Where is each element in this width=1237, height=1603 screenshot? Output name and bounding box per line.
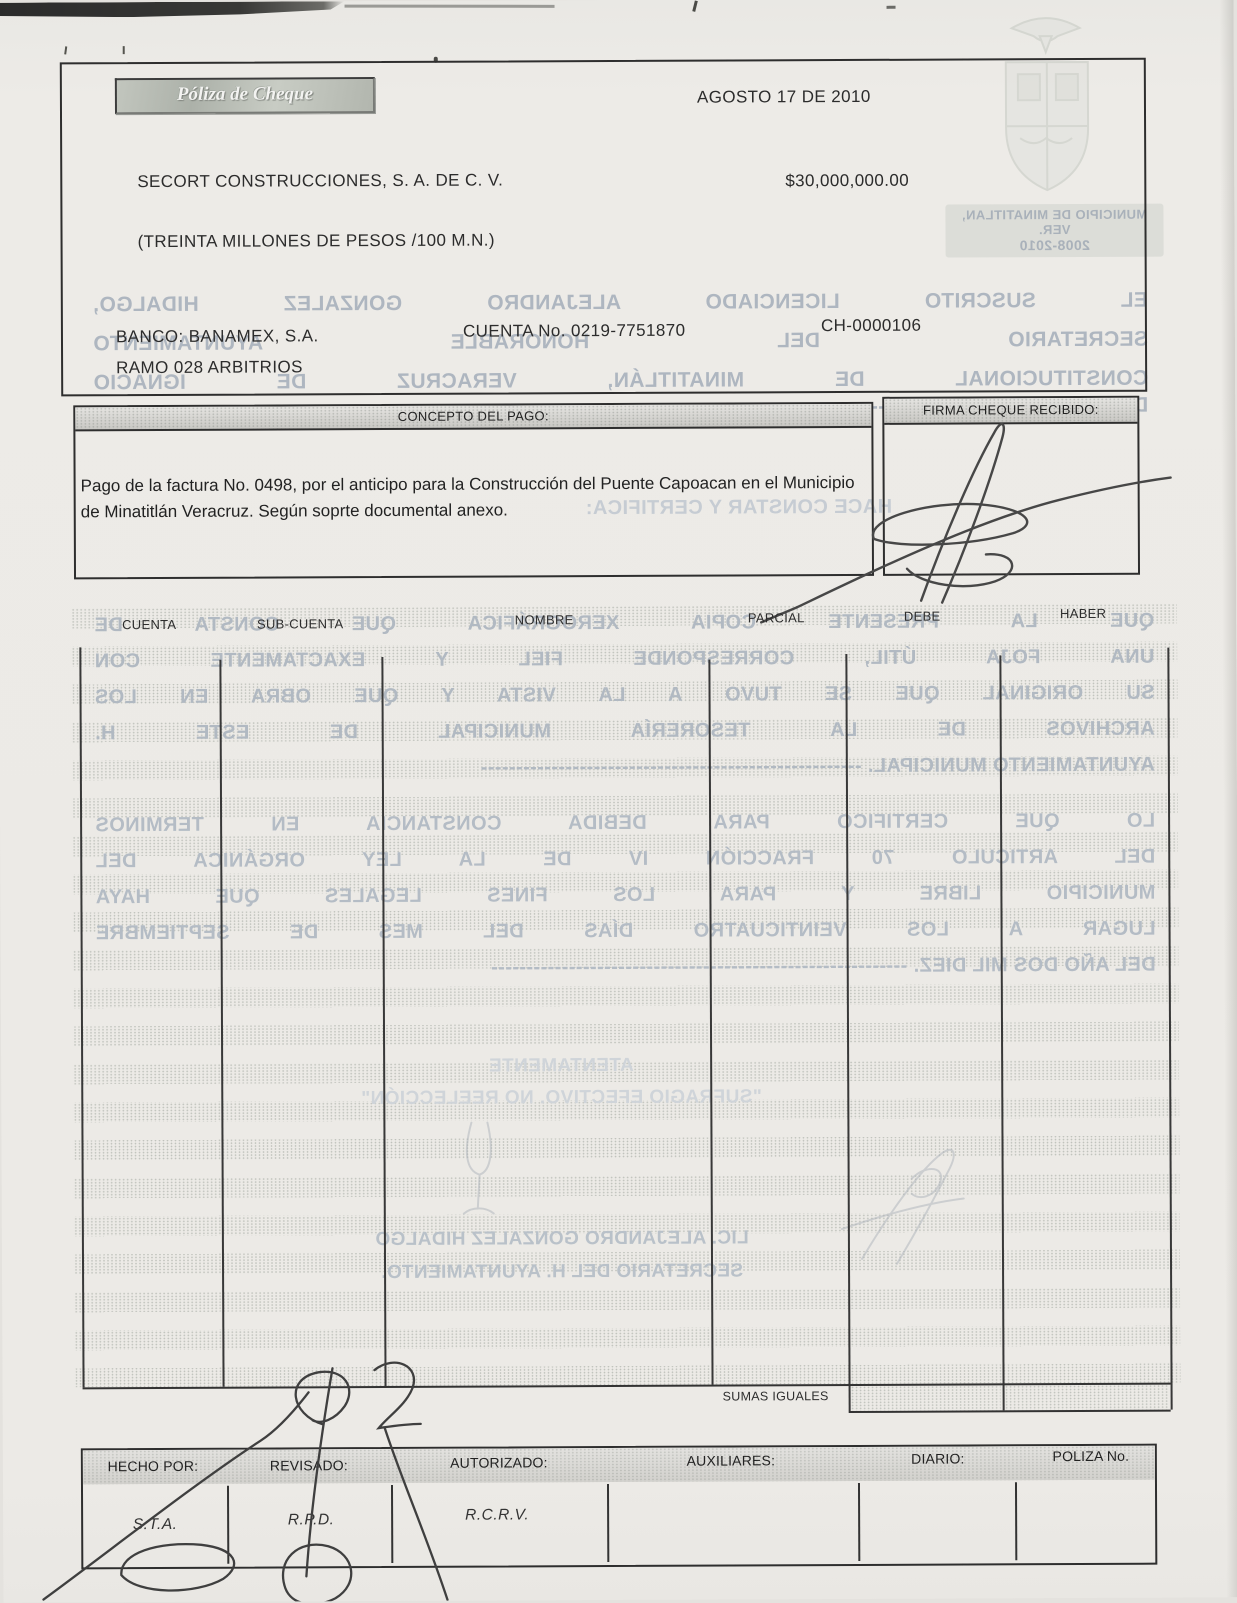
footer-signature-ink bbox=[22, 1335, 513, 1602]
bank-name: BANCO: BANAMEX, S.A. bbox=[116, 326, 319, 347]
bleedthrough-line: "SUFRAGIO EFECTIVO. NO REELECCIÓN" bbox=[111, 1085, 1011, 1111]
sums-row-bottom-line bbox=[849, 1410, 1171, 1414]
bleedthrough-line: ATENTAMENTE bbox=[111, 1053, 1011, 1079]
form-title-badge: Póliza de Cheque bbox=[115, 77, 375, 114]
concepto-box: CONCEPTO DEL PAGO: Pago de la factura No… bbox=[73, 402, 874, 579]
bleedthrough-line: ARCHIVOS DE LA TESORERÍA MUNICIPAL DE ES… bbox=[95, 718, 1155, 746]
bleedthrough-line: LUGAR A LOS VEINTICUATRO DÍAS DEL MES DE… bbox=[96, 918, 1156, 946]
bleedthrough-line: LO QUE CERTIFICO PARA DEBIDA CONSTANCIA … bbox=[95, 810, 1155, 838]
check-number: CH-0000106 bbox=[821, 316, 921, 336]
bleedthrough-line: AYUNTAMIENTO MUNICIPAL. ----------------… bbox=[95, 754, 1155, 782]
table-column-header-haber: HABER bbox=[1003, 606, 1163, 622]
footer-separator bbox=[1015, 1482, 1017, 1560]
scan-artifact bbox=[123, 46, 125, 54]
scan-artifact bbox=[0, 1, 345, 18]
footer-label-auxiliares: AUXILIARES: bbox=[651, 1452, 811, 1469]
footer-separator bbox=[607, 1484, 609, 1562]
concepto-text: Pago de la factura No. 0498, por el anti… bbox=[81, 470, 867, 526]
footer-label-poliza-no: POLIZA No. bbox=[1011, 1448, 1171, 1465]
concepto-header: CONCEPTO DEL PAGO: bbox=[75, 404, 871, 431]
concepto-header-label: CONCEPTO DEL PAGO: bbox=[398, 408, 549, 424]
table-column-header-parcial: PARCIAL bbox=[696, 610, 856, 626]
dot-pattern-sums-debe bbox=[851, 1385, 1001, 1411]
bleed-paragraph-2: QUE LA PRESENTE COPIA XEROGRÁFICA QUE CO… bbox=[94, 610, 1155, 795]
bleed-closing: ATENTAMENTE "SUFRAGIO EFECTIVO. NO REELE… bbox=[111, 1053, 1011, 1111]
table-column-header-cuenta: CUENTA bbox=[69, 617, 229, 633]
bleed-signature-ink bbox=[441, 1108, 1022, 1291]
dot-pattern-sums-haber bbox=[1005, 1385, 1169, 1411]
scan-artifact bbox=[345, 5, 555, 8]
footer-value-poliza-no bbox=[1011, 1512, 1171, 1513]
table-column-header-nombre: NOMBRE bbox=[464, 612, 624, 628]
payee-name: SECORT CONSTRUCCIONES, S. A. DE C. V. bbox=[137, 170, 503, 192]
received-signature-ink bbox=[768, 410, 1179, 622]
footer-separator bbox=[858, 1483, 860, 1561]
scan-edge-shadow bbox=[1220, 0, 1237, 1597]
footer-label-diario: DIARIO: bbox=[858, 1450, 1018, 1467]
ramo-line: RAMO 028 ARBITRIOS bbox=[116, 357, 303, 378]
bleedthrough-line: SU ORIGINAL QUE SE TUVO A LA VISTA Y QUE… bbox=[94, 682, 1154, 710]
sumas-iguales-label: SUMAS IGUALES bbox=[711, 1389, 841, 1404]
bleedthrough-line: UNA FOJA ÚTIL, CORRESPONDE FIEL Y EXACTA… bbox=[94, 646, 1154, 674]
scan-artifact bbox=[887, 6, 896, 9]
table-column-header-subcuenta: SUB-CUENTA bbox=[220, 616, 380, 632]
scan-artifact bbox=[64, 46, 67, 54]
footer-value-auxiliares bbox=[651, 1513, 811, 1514]
bleedthrough-line: DEL AÑO DOS MIL DIEZ. ------------------… bbox=[96, 954, 1156, 982]
bleedthrough-line: MUNICIPIO LIBRE Y PARA LOS FINES LEGALES… bbox=[95, 882, 1155, 910]
footer-value-diario bbox=[858, 1512, 1018, 1513]
bleedthrough-line: DEL ARTICULO 70 FRACCIÓN IV DE LA LEY OR… bbox=[95, 846, 1155, 874]
table-column-header-debe: DEBE bbox=[842, 608, 1002, 624]
bleed-paragraph-3: LO QUE CERTIFICO PARA DEBIDA CONSTANCIA … bbox=[95, 810, 1156, 995]
account-number: CUENTA No. 0219-7751870 bbox=[463, 321, 686, 342]
scanned-check-voucher: MUNICIPIO DE MINATITLAN, VER. 2008-2010 … bbox=[0, 0, 1237, 1603]
date: AGOSTO 17 DE 2010 bbox=[697, 87, 871, 108]
amount-numeric: $30,000,000.00 bbox=[785, 171, 909, 192]
scan-artifact bbox=[692, 0, 698, 11]
amount-words: (TREINTA MILLONES DE PESOS /100 M.N.) bbox=[138, 231, 495, 253]
firma-header-label: FIRMA CHEQUE RECIBIDO: bbox=[923, 402, 1099, 418]
